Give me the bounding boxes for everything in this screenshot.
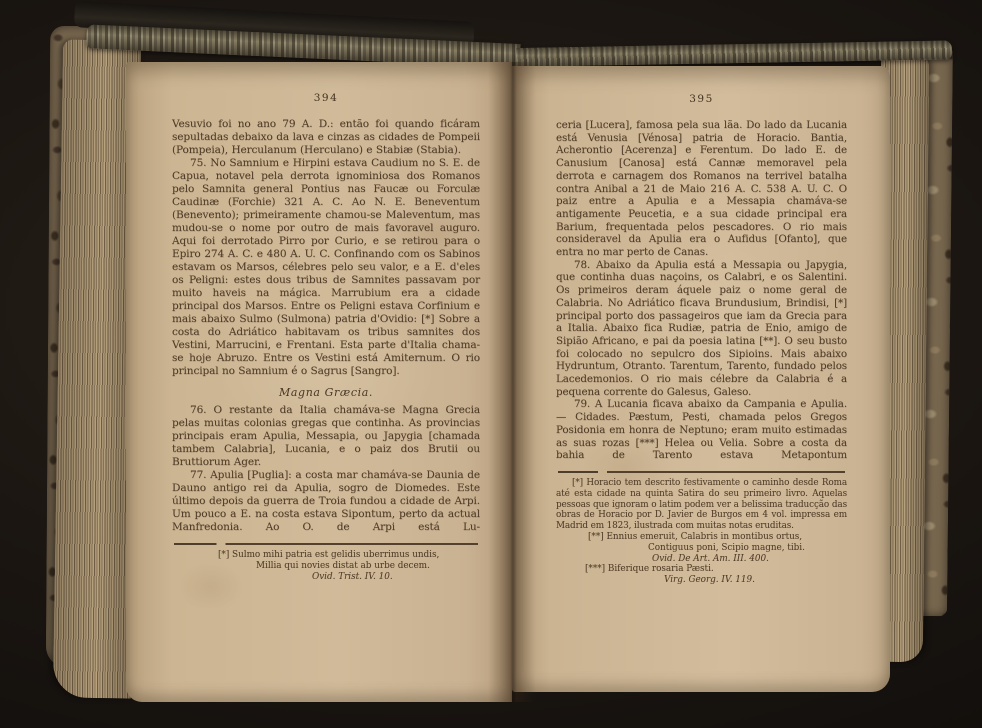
section-heading-magna-graecia: Magna Græcia. xyxy=(172,386,480,399)
footnote-citation-ovid-ars: Ovid. De Art. Am. III. 400. xyxy=(652,554,847,565)
right-page: 395 ceria [Lucera], famosa pela sua lãa.… xyxy=(512,66,890,692)
page-number-left: 394 xyxy=(172,92,480,104)
footnote-verse-biferique: [***] Biferique rosaria Pæsti. xyxy=(585,564,847,575)
footnote-citation-virgil: Virg. Georg. IV. 119. xyxy=(664,575,847,586)
right-page-text-column: 395 ceria [Lucera], famosa pela sua lãa.… xyxy=(556,66,847,586)
left-page-text-column: 394 Vesuvio foi no ano 79 A. D.: então f… xyxy=(172,62,480,582)
paragraph-luceria-continuation: ceria [Lucera], famosa pela sua lãa. Do … xyxy=(556,119,847,259)
footnote-separator-right xyxy=(558,471,845,473)
open-book-scan: 394 Vesuvio foi no ano 79 A. D.: então f… xyxy=(0,0,982,728)
paragraph-77-apulia: 77. Apulia [Puglia]: a costa mar chamáva… xyxy=(172,469,480,534)
paragraph-76-magna-grecia: 76. O restante da Italia chamáva-se Magn… xyxy=(172,404,480,469)
footnote-separator-left xyxy=(174,543,478,545)
footnote-citation-ovid: Ovid. Trist. IV. 10. xyxy=(312,572,480,583)
footnote-verse-ennius-line-1: [**] Ennius emeruit, Calabris in montibu… xyxy=(588,532,847,543)
footnote-horacio: [*] Horacio tem descrito festivamente o … xyxy=(556,478,847,532)
footnote-verse-line-1: [*] Sulmo mihi patria est gelidis uberri… xyxy=(218,550,480,561)
footnote-verse-line-2: Millia qui novies distat ab urbe decem. xyxy=(256,561,480,572)
footnote-verse-ennius-line-2: Contiguus poni, Scipio magne, tibi. xyxy=(648,543,847,554)
left-page: 394 Vesuvio foi no ano 79 A. D.: então f… xyxy=(126,62,512,702)
page-number-right: 395 xyxy=(556,93,847,105)
paragraph-vesuvio-continuation: Vesuvio foi no ano 79 A. D.: então foi q… xyxy=(172,118,480,157)
paragraph-79-lucania: 79. A Lucania ficava abaixo da Campania … xyxy=(556,398,847,462)
paragraph-78-messapia: 78. Abaixo da Apulia está a Messapia ou … xyxy=(556,259,847,399)
paragraph-75-samnium: 75. No Samnium e Hirpini estava Caudium … xyxy=(172,157,480,378)
